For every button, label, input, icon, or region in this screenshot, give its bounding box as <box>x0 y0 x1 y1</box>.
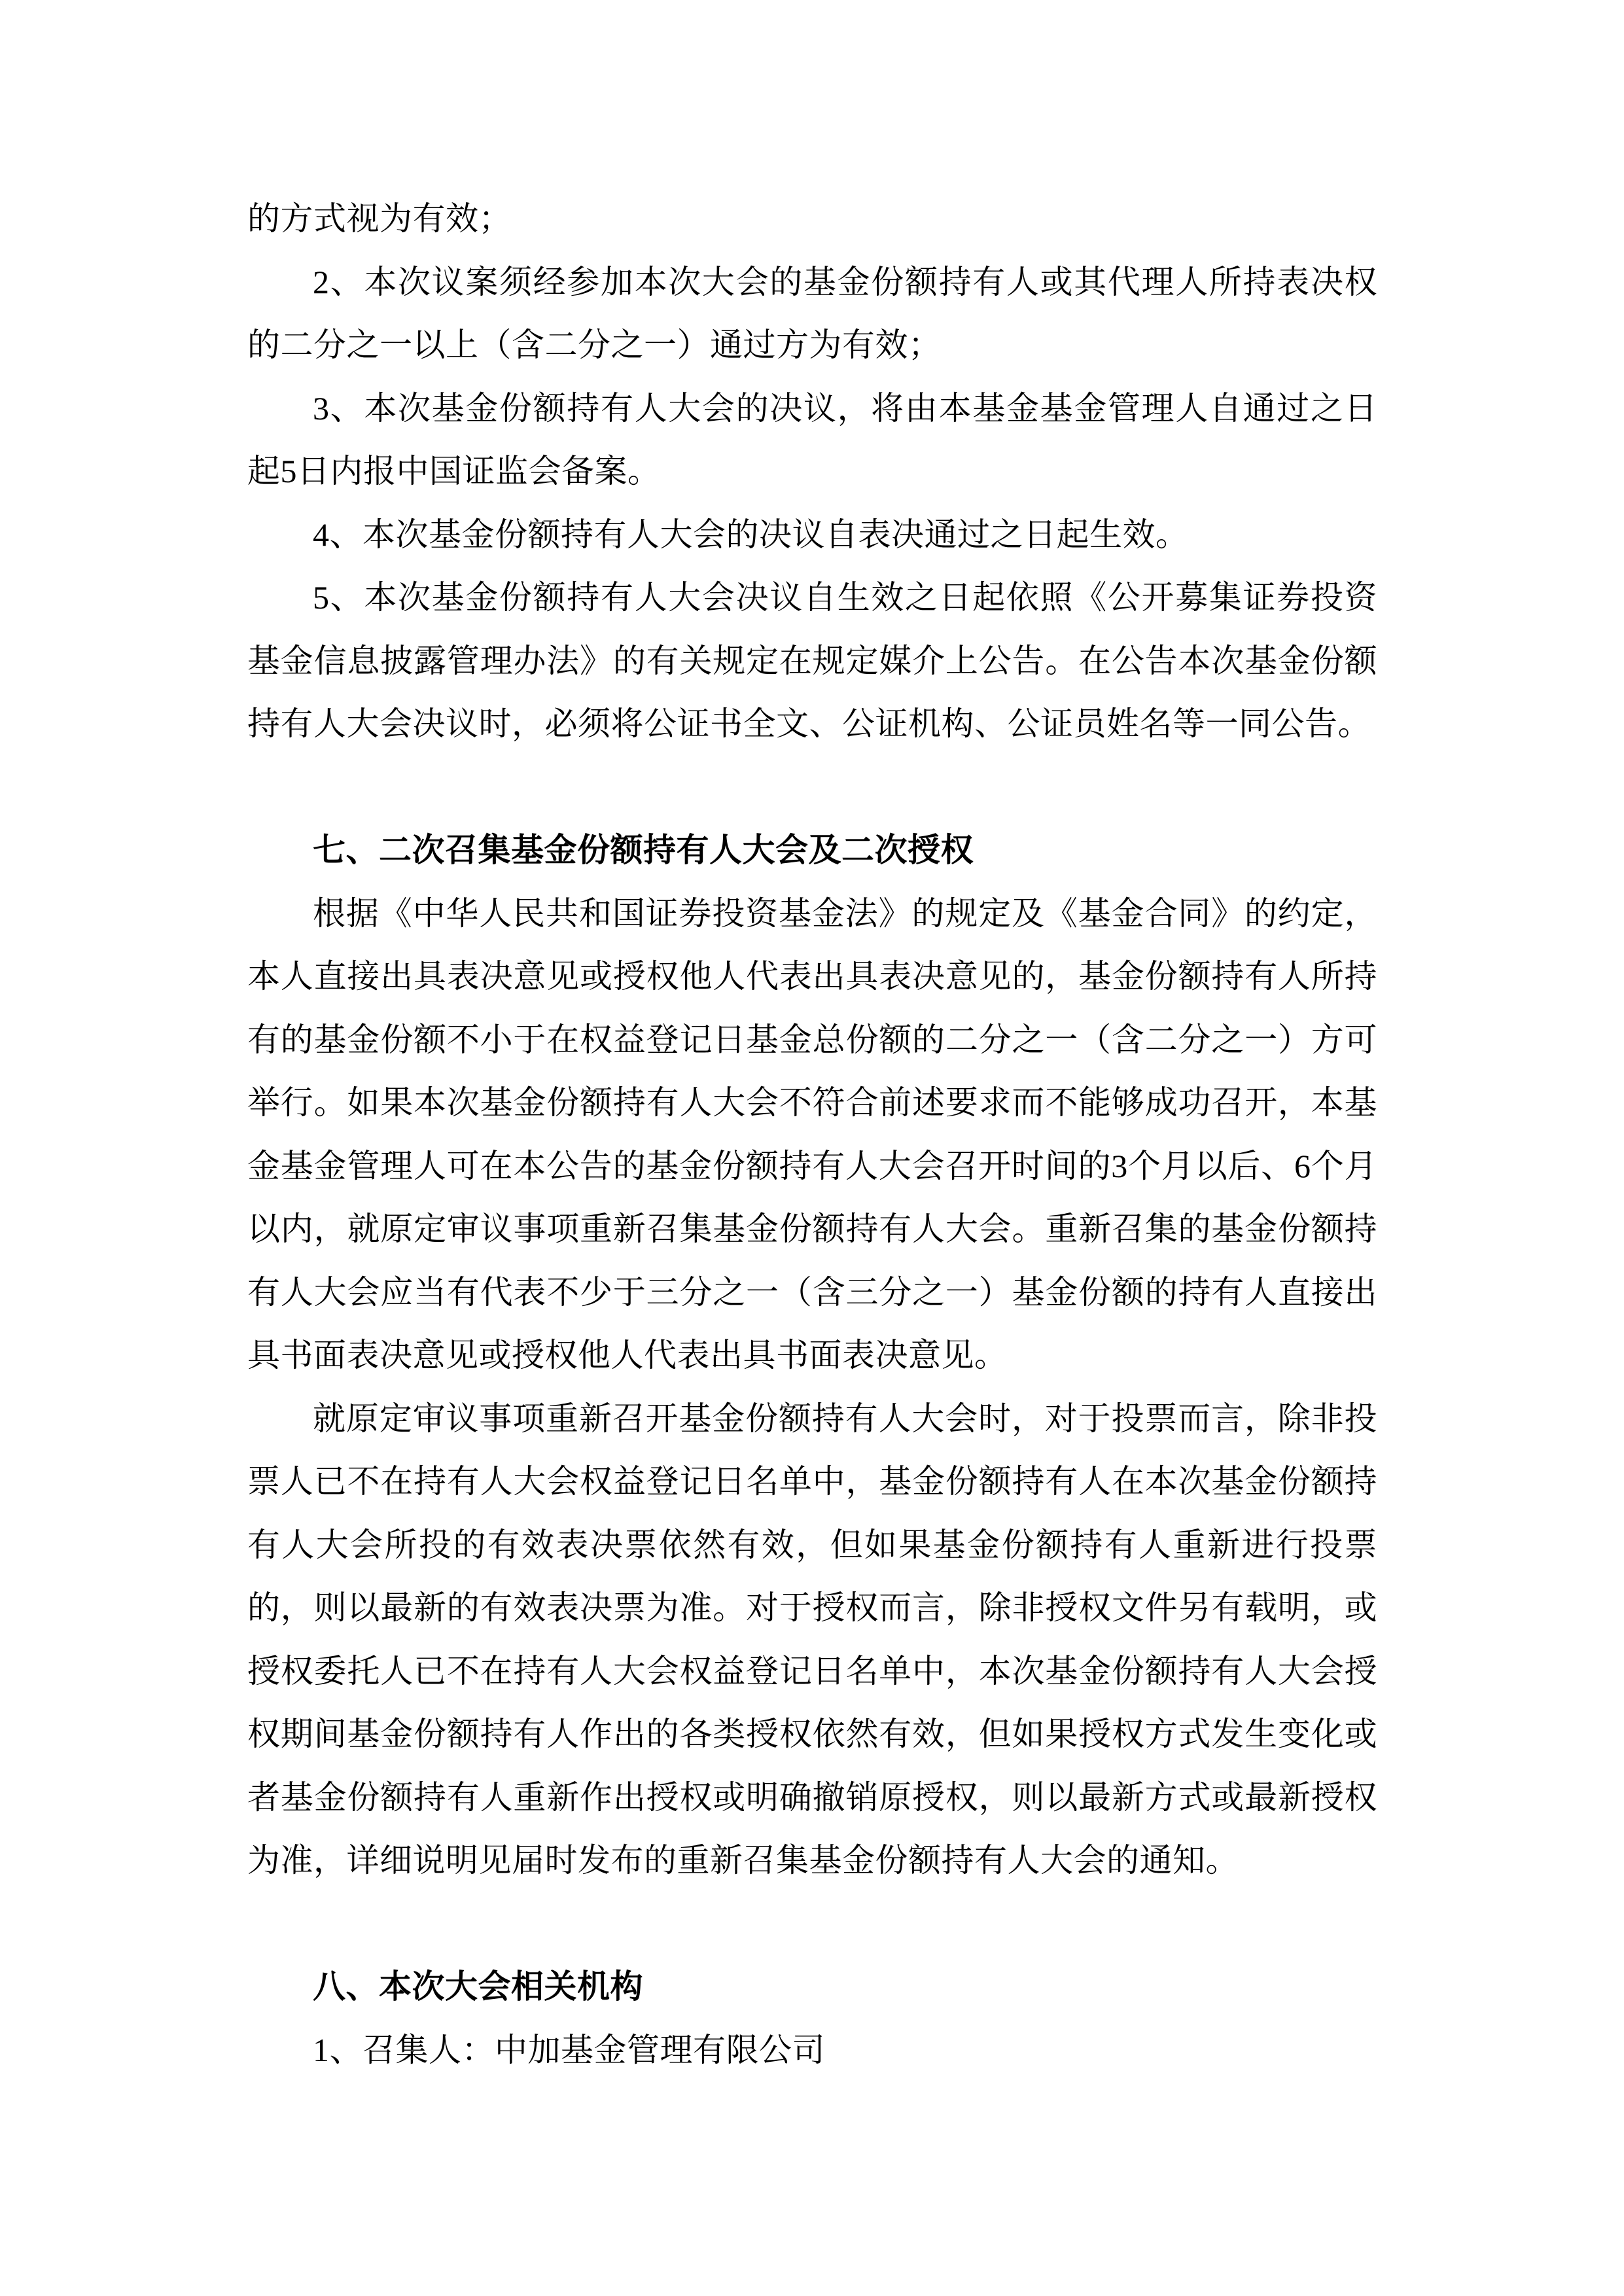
section-seven-paragraph-2: 就原定审议事项重新召开基金份额持有人大会时，对于投票而言，除非投票人已不在持有人… <box>247 1387 1377 1892</box>
numbered-item-2: 2、本次议案须经参加本次大会的基金份额持有人或其代理人所持表决权的二分之一以上（… <box>247 251 1377 377</box>
section-seven-paragraph-1: 根据《中华人民共和国证券投资基金法》的规定及《基金合同》的约定，本人直接出具表决… <box>247 882 1377 1387</box>
section-heading-seven: 七、二次召集基金份额持有人大会及二次授权 <box>247 819 1377 882</box>
paragraph-continuation: 的方式视为有效； <box>247 187 1377 251</box>
numbered-item-1-convener: 1、召集人：中加基金管理有限公司 <box>247 2019 1377 2082</box>
section-heading-eight: 八、本次大会相关机构 <box>247 1955 1377 2019</box>
document-page: 的方式视为有效； 2、本次议案须经参加本次大会的基金份额持有人或其代理人所持表决… <box>0 0 1624 2296</box>
document-body: 的方式视为有效； 2、本次议案须经参加本次大会的基金份额持有人或其代理人所持表决… <box>247 187 1377 2081</box>
numbered-item-5: 5、本次基金份额持有人大会决议自生效之日起依照《公开募集证券投资基金信息披露管理… <box>247 566 1377 756</box>
numbered-item-4: 4、本次基金份额持有人大会的决议自表决通过之日起生效。 <box>247 503 1377 567</box>
numbered-item-3: 3、本次基金份额持有人大会的决议，将由本基金基金管理人自通过之日起5日内报中国证… <box>247 377 1377 503</box>
